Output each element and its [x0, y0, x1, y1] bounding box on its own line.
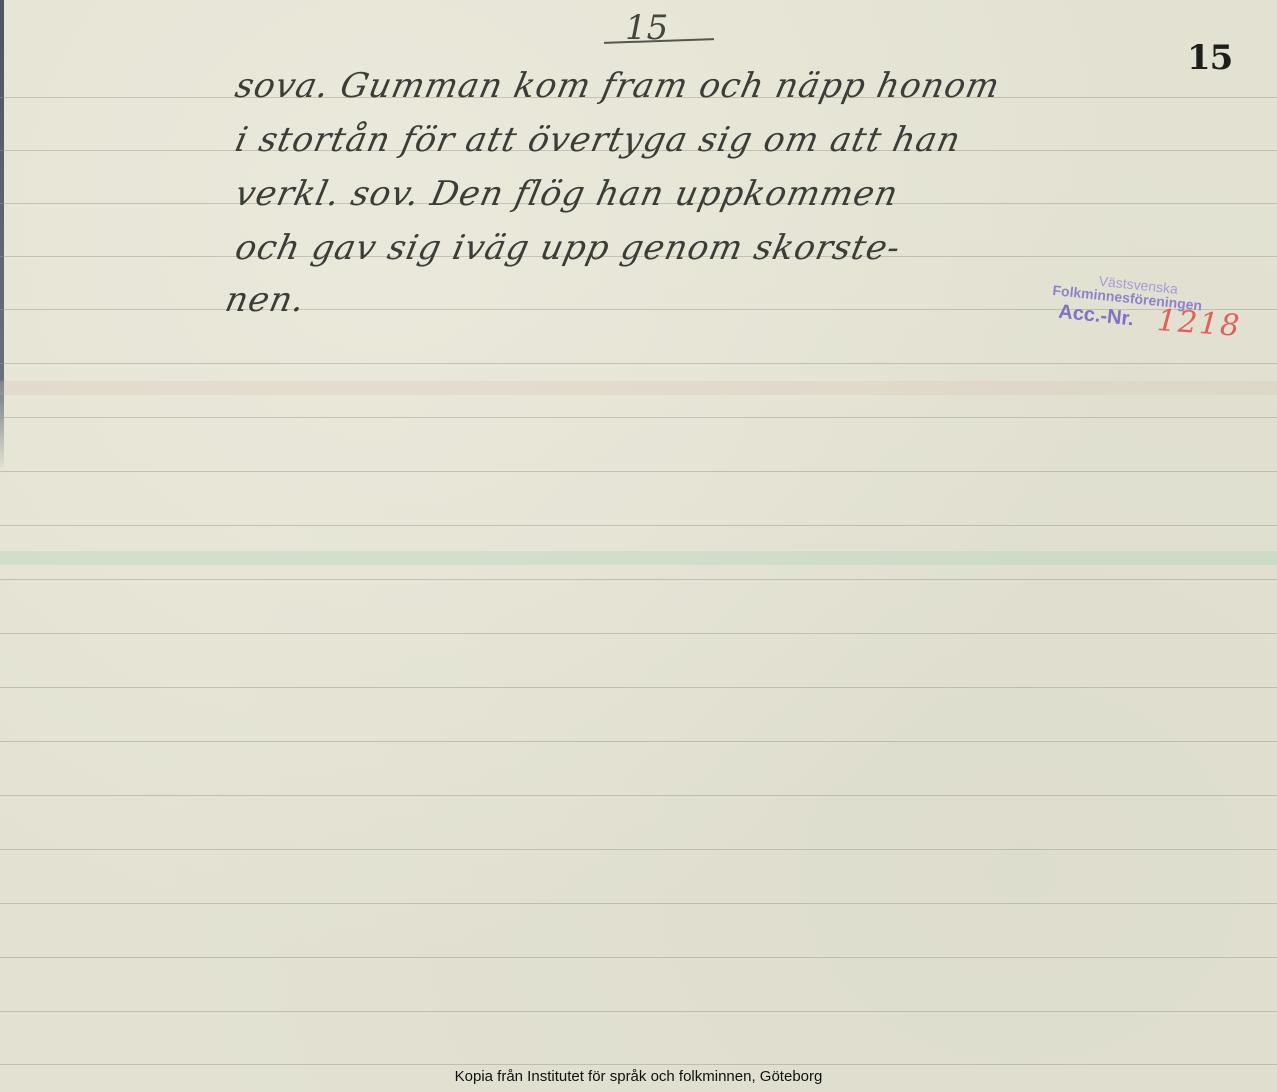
ruled-line	[0, 687, 1277, 688]
ruled-line	[0, 579, 1277, 580]
ruled-line	[0, 633, 1277, 634]
scanned-document-page: 15 15 sova. Gumman kom fram och näpp hon…	[0, 0, 1277, 1092]
handwritten-line: och gav sig iväg upp genom skorste-	[232, 228, 905, 268]
ruled-line	[0, 741, 1277, 742]
ruled-line	[0, 849, 1277, 850]
ruled-line	[0, 417, 1277, 418]
ruled-line	[0, 903, 1277, 904]
ruled-line	[0, 957, 1277, 958]
ruled-line	[0, 795, 1277, 796]
footer-caption: Kopia från Institutet för språk och folk…	[0, 1068, 1277, 1085]
handwritten-line: i stortån för att övertyga sig om att ha…	[232, 120, 965, 160]
ruled-line	[0, 363, 1277, 364]
paper-tint-band	[0, 551, 1277, 565]
ruled-line	[0, 525, 1277, 526]
paper-tint-band	[0, 381, 1277, 395]
ruled-line	[0, 1011, 1277, 1012]
handwritten-line: verkl. sov. Den flög han uppkommen	[232, 174, 902, 214]
handwritten-line: nen.	[222, 280, 309, 320]
ruled-line	[0, 471, 1277, 472]
handwritten-line: sova. Gumman kom fram och näpp honom	[232, 66, 1004, 106]
ruled-line	[0, 1064, 1277, 1065]
accession-number: 1218	[1156, 303, 1243, 344]
printed-page-number: 15	[1187, 38, 1232, 78]
page-left-edge	[0, 0, 4, 470]
